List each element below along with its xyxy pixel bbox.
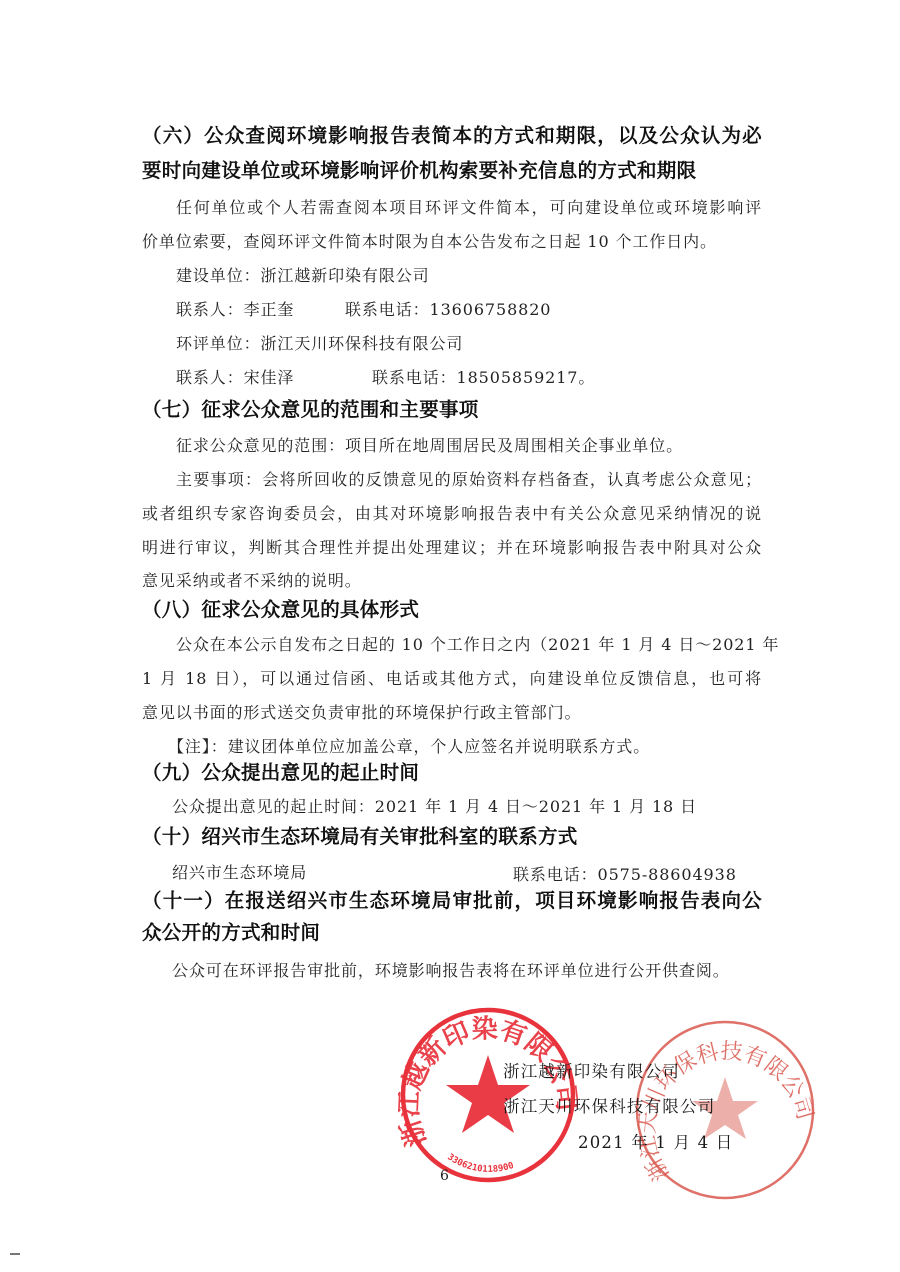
ecology-bureau-phone-label: 联系电话： <box>513 865 598 884</box>
signature-eia-unit: 浙江天川环保科技有限公司 <box>503 1093 715 1117</box>
section-11-body: 公众可在环评报告审批前，环境影响报告表将在环评单位进行公开供查阅。 <box>172 958 730 981</box>
builder-phone: 联系电话：13606758820 <box>345 297 551 320</box>
eia-phone: 联系电话：18505859217。 <box>372 365 595 388</box>
eia-contact-label: 联系人： <box>176 368 244 387</box>
builder-unit: 建设单位：浙江越新印染有限公司 <box>176 263 430 286</box>
section-8-heading: （八）征求公众意见的具体形式 <box>142 594 419 622</box>
eia-phone-label: 联系电话： <box>372 368 457 387</box>
eia-contact-name: 宋佳泽 <box>244 368 295 387</box>
section-9-body: 公众提出意见的起止时间：2021 年 1 月 4 日～2021 年 1 月 18… <box>172 794 697 817</box>
section-6-heading-line-2: 要时向建设单位或环境影响评价机构索要补充信息的方式和期限 <box>142 155 696 183</box>
document-page: （六）公众查阅环境影响报告表简本的方式和期限，以及公众认为必 要时向建设单位或环… <box>0 0 900 1272</box>
section-11-heading-line-1: （十一）在报送绍兴市生态环境局审批前，项目环境影响报告表向公 <box>142 885 762 913</box>
section-8-note: 【注】：建议团体单位应加盖公章，个人应签名并说明联系方式。 <box>168 734 650 757</box>
section-7-body-line-2: 主要事项：会将所回收的反馈意见的原始资料存档备查，认真考虑公众意见； <box>176 467 762 490</box>
section-8-body-line-1: 公众在本公示自发布之日起的 10 个工作日之内（2021 年 1 月 4 日～2… <box>176 632 762 655</box>
section-8-body-line-3: 意见以书面的形式送交负责审批的环境保护行政主管部门。 <box>142 700 581 723</box>
builder-phone-label: 联系电话： <box>345 300 430 319</box>
eia-phone-number: 18505859217。 <box>457 368 596 387</box>
page-number: 6 <box>440 1168 449 1184</box>
builder-phone-number: 13606758820 <box>430 300 552 319</box>
scan-artifact <box>10 1253 20 1255</box>
section-6-body-line-1: 任何单位或个人若需查阅本项目环评文件简本，可向建设单位或环境影响评 <box>176 195 762 218</box>
section-9-heading: （九）公众提出意见的起止时间 <box>142 757 419 785</box>
section-7-heading: （七）征求公众意见的范围和主要事项 <box>142 394 479 422</box>
section-7-body-line-4: 明进行审议，判断其合理性并提出处理建议；并在环境影响报告表中附具对公众 <box>142 535 762 558</box>
section-7-body-line-3: 或者组织专家咨询委员会，由其对环境影响报告表中有关公众意见采纳情况的说 <box>142 501 762 524</box>
builder-contact: 联系人：李正奎 <box>176 297 294 320</box>
builder-unit-value: 浙江越新印染有限公司 <box>261 266 430 285</box>
section-11-heading-line-2: 众公开的方式和时间 <box>142 917 320 945</box>
ecology-bureau-name: 绍兴市生态环境局 <box>172 860 307 883</box>
section-6-body-line-2: 价单位索要，查阅环评文件简本时限为自本公告发布之日起 10 个工作日内。 <box>142 229 717 252</box>
eia-unit-label: 环评单位： <box>176 334 261 353</box>
section-6-heading-line-1: （六）公众查阅环境影响报告表简本的方式和期限，以及公众认为必 <box>142 120 762 148</box>
signature-builder: 浙江越新印染有限公司 <box>503 1058 680 1082</box>
ecology-bureau-phone-number: 0575-88604938 <box>598 865 737 884</box>
eia-unit: 环评单位：浙江天川环保科技有限公司 <box>176 331 463 354</box>
section-7-body-line-5: 意见采纳或者不采纳的说明。 <box>142 568 362 591</box>
eia-contact: 联系人：宋佳泽 <box>176 365 294 388</box>
ecology-bureau-phone: 联系电话：0575-88604938 <box>513 862 737 885</box>
builder-contact-label: 联系人： <box>176 300 244 319</box>
eia-unit-value: 浙江天川环保科技有限公司 <box>261 334 464 353</box>
builder-unit-label: 建设单位： <box>176 266 261 285</box>
section-7-body-line-1: 征求公众意见的范围：项目所在地周围居民及周围相关企事业单位。 <box>176 433 683 456</box>
signature-date: 2021 年 1 月 4 日 <box>578 1129 734 1153</box>
section-10-heading: （十）绍兴市生态环境局有关审批科室的联系方式 <box>142 821 578 849</box>
section-8-body-line-2: 1 月 18 日），可以通过信函、电话或其他方式，向建设单位反馈信息，也可将 <box>142 666 762 689</box>
builder-contact-name: 李正奎 <box>244 300 295 319</box>
